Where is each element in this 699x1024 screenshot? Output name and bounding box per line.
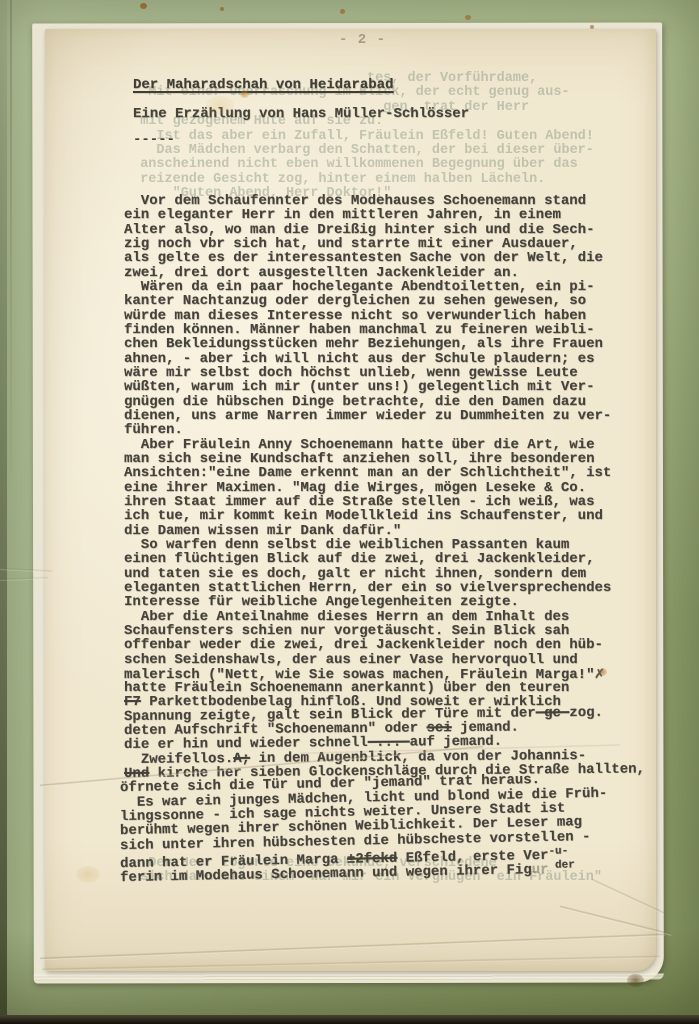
table-edge-shadow	[0, 1015, 699, 1024]
text-line: Ist das aber ein Zufall, Fräulein Eßfeld…	[124, 130, 594, 144]
stain	[240, 90, 249, 98]
text-line: dienen, uns arme Narren immer wieder zu …	[124, 409, 645, 423]
stain	[590, 25, 594, 29]
text-line: offenbar weder die zwei, drei Jackenklei…	[124, 638, 645, 652]
struck-text: ge	[536, 705, 570, 721]
text-segment: Ist das aber ein Zufall, Fräulein Eßfeld…	[124, 129, 594, 144]
scanned-typescript-page: tes, der Vorführdame, Mit einer Überrasc…	[0, 0, 699, 1024]
text-segment: der	[548, 860, 575, 873]
text-segment: ur	[532, 862, 549, 878]
text-segment: -u-	[548, 846, 568, 858]
text-segment: zog.	[569, 705, 603, 721]
text-line: kanter Nachtanzug oder dergleichen zu se…	[124, 294, 645, 308]
text-line: Ansichten:"eine Dame erkennt man an der …	[124, 466, 645, 480]
stain	[76, 866, 100, 883]
stain	[627, 974, 644, 987]
body-text: Vor dem Schaufennter des Modehauses Scho…	[124, 194, 645, 882]
text-line: chen Bekleidungsstücken mehr Beziehungen…	[124, 337, 645, 351]
text-line: malerisch ("Nett, wie Sie sowas machen, …	[124, 667, 645, 681]
text-line: ein eleganter Herr in den mittleren Jahr…	[124, 208, 645, 222]
text-line: einen flüchtigen Blick auf die zwei, dre…	[124, 552, 645, 566]
text-line: eine ihrer Maximen. "Mag die Wirges, mög…	[124, 481, 645, 495]
text-line: zwei, drei dort ausgestellten Jackenklei…	[124, 266, 645, 280]
text-line: Aber Fräulein Anny Schoenemann hatte übe…	[124, 438, 645, 452]
text-line: reizende Gesicht zog, hinter einem halbe…	[124, 173, 594, 187]
text-line: Alter also, wo man die Dreißig hinter si…	[124, 223, 645, 237]
page-number: - 2 -	[339, 32, 386, 48]
text-segment: dienen, uns arme Narren immer wieder zu …	[124, 408, 611, 424]
text-line: als gelte es der interessantesten Sache …	[124, 251, 645, 265]
text-line: ich tue, mir kommt kein Modellkleid ins …	[124, 509, 645, 523]
text-line: und taten sie es doch, galt er nicht ihn…	[124, 567, 645, 581]
story-title: Der Maharadschah von Heidarabad	[133, 77, 393, 93]
stain	[465, 15, 471, 20]
stain	[220, 7, 224, 11]
text-segment: Das Mädchen verbarg den Schatten, der be…	[124, 143, 594, 158]
stain	[206, 96, 234, 115]
text-line: anscheinend nicht eben willkommenen Bege…	[124, 158, 594, 172]
text-line: wüßten, warum ich mir (unter uns!) geleg…	[124, 380, 645, 394]
text-line: Aber die Anteilnahme dieses Herrn an dem…	[124, 610, 645, 624]
text-line: würde man dieses Interesse nicht so verw…	[124, 309, 645, 323]
stain	[598, 668, 607, 676]
text-line: schen Seidenshawls, der aus einer Vase h…	[124, 653, 645, 667]
story-subtitle: Eine Erzählung von Hans Müller-Schlösser	[133, 106, 469, 122]
text-line: die Damen wissen mir Dank dafür."	[124, 524, 645, 538]
divider-dashes: -----	[133, 132, 175, 148]
stain	[340, 9, 345, 14]
text-line: gnügen die hübschen Dinge betrachte, die…	[124, 395, 645, 409]
text-line: führen.	[124, 423, 645, 437]
text-line: Interesse für weibliche Angelegenheiten …	[124, 595, 645, 609]
text-line: Das Mädchen verbarg den Schatten, der be…	[124, 144, 594, 158]
cover-crease	[10, 0, 12, 470]
stain	[140, 3, 147, 9]
text-segment: schen Seidenshawls, der aus einer Vase h…	[124, 652, 578, 668]
text-segment: anscheinend nicht eben willkommenen Bege…	[124, 157, 578, 172]
text-segment: reizende Gesicht zog, hinter einem halbe…	[124, 172, 545, 187]
text-line: ahnen, - aber ich will nicht aus der Sch…	[124, 352, 645, 366]
cover-left-shade	[0, 0, 7, 1024]
